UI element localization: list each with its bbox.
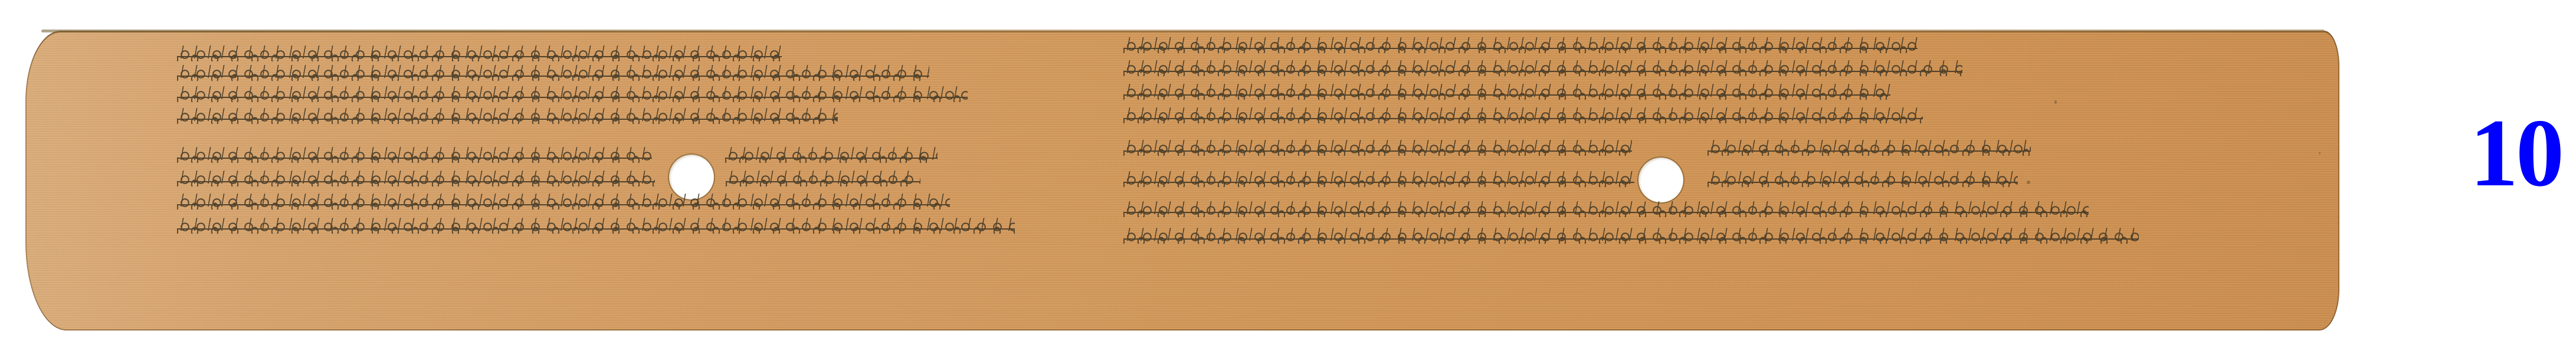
left-p1-line-4: வினவை டாயவெற்றிகாட டுவெமைய ॥ ஏ ॥ [177,106,838,124]
left-p1-line-2: கா றெக்க ரப ட்டுணனக கைக தெனது மெக்கரவ [177,63,929,81]
left-p2-line-1-b: சினைற தனிக [725,145,938,163]
right-p2-line-2-b: னிற . றிவதெயகல [1707,169,2018,187]
right-p2-line-1-a: தூவக வடவ தொடதுமதனை [1123,138,1632,156]
binding-hole-right [1638,158,1683,202]
left-p2-line-3: கெமாவய வொரகொக்குறலைபாரா யகிதிகொனை [177,192,950,210]
leaf-top-edge [41,30,2325,32]
right-p2-line-4: வனாதுனவு தொனலெறிலெ மாராவானட ॥ ய ॥ தேவதிர… [1123,226,2139,244]
right-p1-line-1: அனாமுடுமெவிருதிற மகக செயததெழுமய [1123,35,1918,53]
right-p2-line-1-b: னவுனனாரசதாபா [1707,138,2031,156]
right-p2-line-3: யனசனமமயம தகிலாவுமலெ பாதியெவாதுவனாககுமெ [1123,199,2089,217]
left-p1-line-3: கணவை டாரதியகனைதிக்கறதின்யற கரனமைவாபா [177,84,968,102]
right-p1-line-2: து னைவரமதிழ்றுறவொருதினை மனாவதுளா [1123,58,1962,76]
left-p2-line-2-a: கெதானைன வெமைதுருசெதயவ. [177,169,655,186]
right-p1-line-3: ளதெரதிற தூமடுய ஈசமெயயனயதுறெ [1123,82,1890,100]
leaf-number-label: 10 [2470,105,2562,202]
leaf-speck [2319,152,2321,154]
right-p2-line-2-a: தாரவகுவெறியதவமெனா ≡ [1123,169,1634,187]
left-p2-line-2-b: மாரனைது [726,169,920,186]
left-p2-line-1-a: தானைனபதிபவரியகதியைமா [177,145,652,163]
left-p2-line-4: வெமயதிறவெடாடாவயவெடுசெ ததமாபட ॥ அ ॥ [177,216,1015,234]
left-p1-line-1: ரூ றக்க ஈடு க உரு வரித்து காட டுமைவள [177,44,782,61]
right-p1-line-4: கொரெசரதழுமெ குனதுவசதனமட.ந.அ.௳ [1123,106,1923,123]
manuscript-page: ரூ றக்க ஈடு க உரு வரித்து காட டுமைவள கா … [0,0,2576,360]
leaf-speck [2054,100,2057,104]
leaf-speck [2027,181,2030,184]
